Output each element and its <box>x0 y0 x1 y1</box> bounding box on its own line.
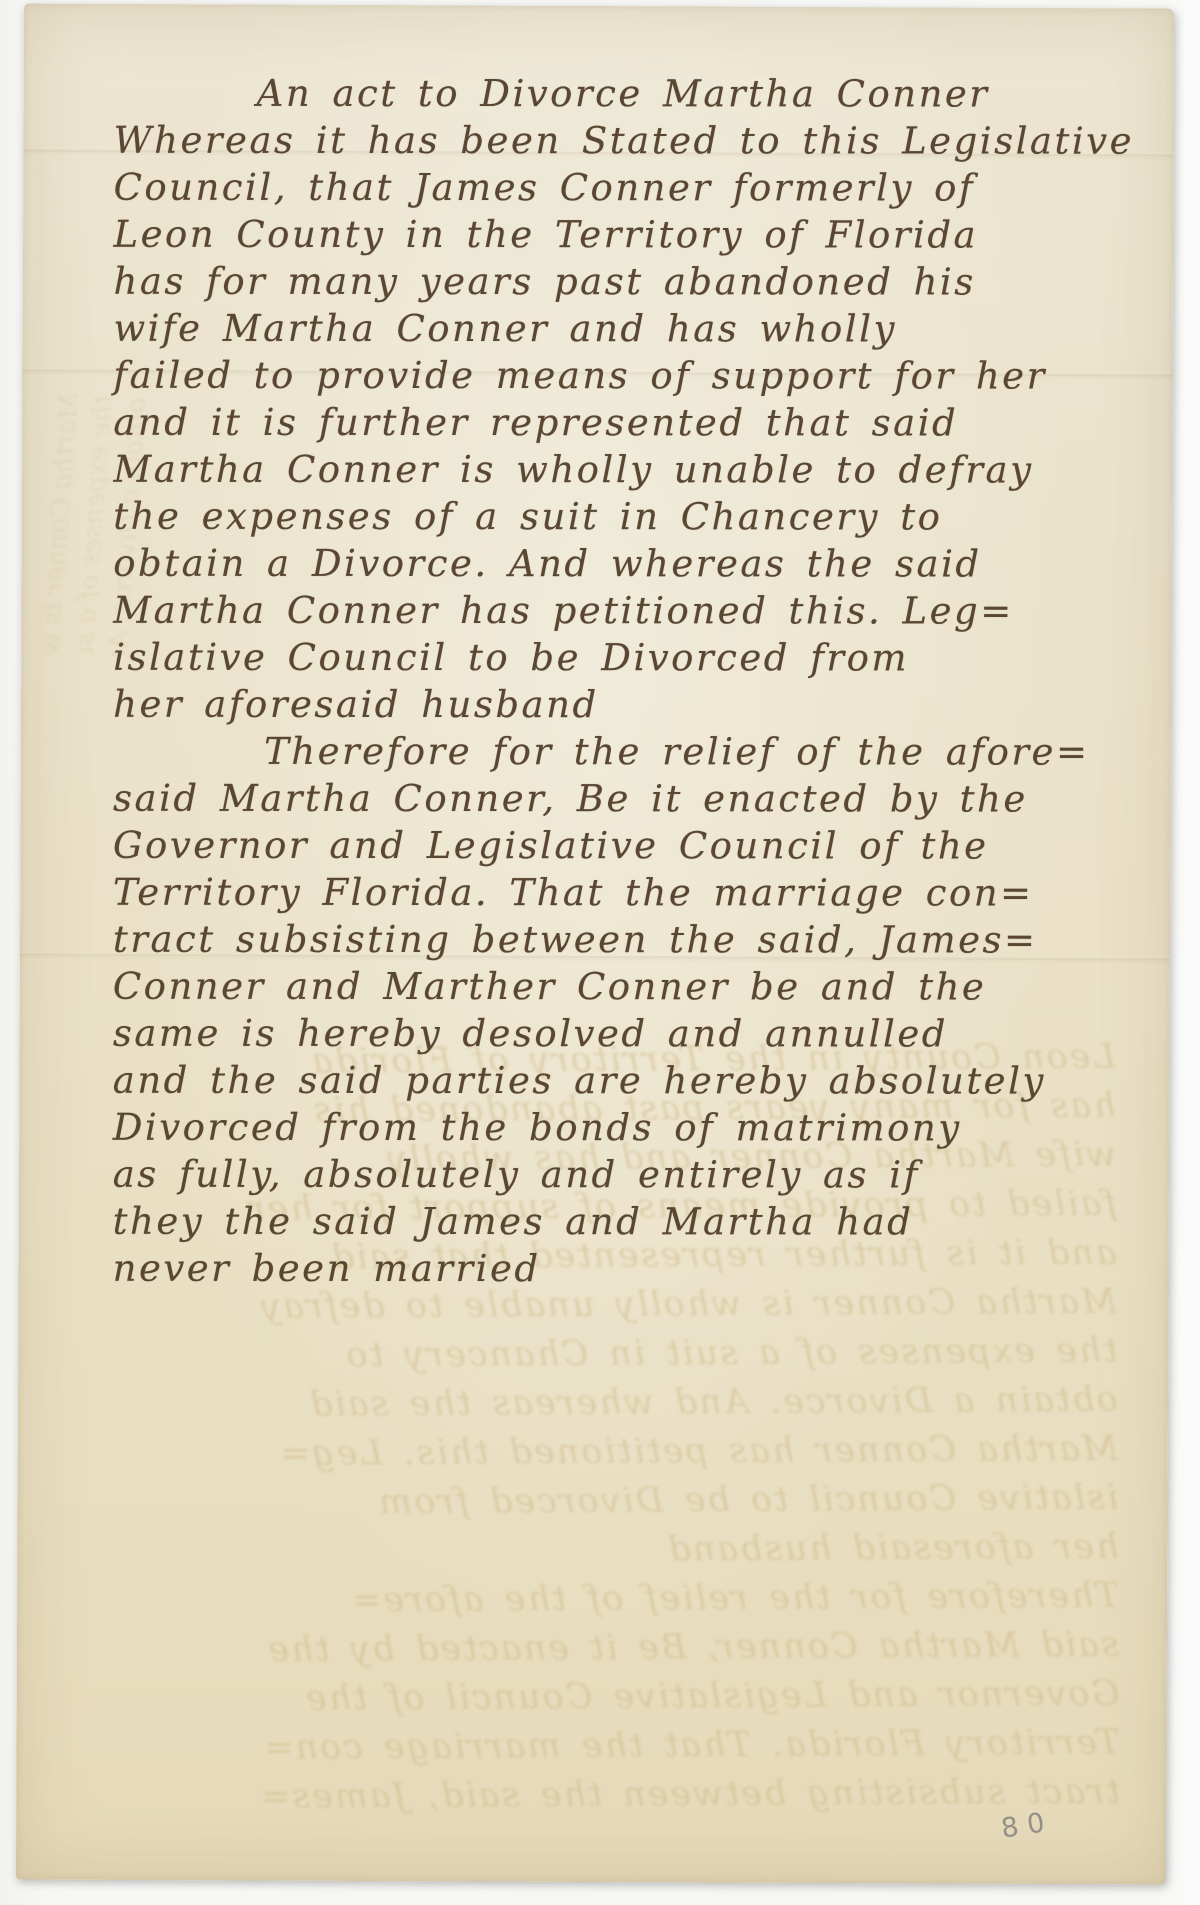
bleed-line: her aforesaid husband <box>58 1523 1118 1578</box>
bleed-line: Martha Conner has petitioned this. Leg= <box>58 1425 1118 1480</box>
document-line: they the said James and Martha had <box>113 1198 1163 1246</box>
document-line: and the said parties are hereby absolute… <box>113 1057 1163 1105</box>
document-line: islative Council to be Divorced from <box>113 634 1163 682</box>
document-line: the expenses of a suit in Chancery to <box>113 493 1163 541</box>
document-title-line: An act to Divorce Martha Conner <box>114 70 1164 118</box>
document-line: has for many years past abandoned his <box>113 258 1163 306</box>
page-number-annotation: 80 <box>999 1806 1055 1845</box>
bleed-line: Martha Conner is wholly unable to defray <box>33 391 86 653</box>
document-line: never been married <box>113 1245 1163 1293</box>
document-line: wife Martha Conner and has wholly <box>113 305 1163 353</box>
bleed-line: Territory Florida. That the marriage con… <box>60 1719 1120 1774</box>
document-line: Leon County in the Territory of Florida <box>114 211 1164 259</box>
document-line: as fully, absolutely and entirely as if <box>113 1151 1163 1199</box>
document-line: failed to provide means of support for h… <box>113 352 1163 400</box>
document-line: Whereas it has been Stated to this Legis… <box>114 117 1164 165</box>
bleed-line: tract subsisting between the said, James… <box>60 1768 1120 1823</box>
document-line: Martha Conner is wholly unable to defray <box>113 446 1163 494</box>
document-line: Council, that James Conner formerly of <box>114 164 1164 212</box>
bleed-line: said Martha Conner, Be it enacted by the <box>59 1621 1119 1676</box>
document-line: same is hereby desolved and annulled <box>113 1010 1163 1058</box>
document-line: obtain a Divorce. And whereas the said <box>113 540 1163 588</box>
bleed-line: the expenses of a suit in Chancery to <box>57 1327 1117 1382</box>
bleed-line: obtain a Divorce. And whereas the said <box>58 1376 1118 1431</box>
document-line: and it is further represented that said <box>113 399 1163 447</box>
document-line: Conner and Marther Conner be and the <box>113 963 1163 1011</box>
bleed-line: Governor and Legislative Council of the <box>59 1670 1119 1725</box>
document-text: An act to Divorce Martha Conner Whereas … <box>113 70 1164 1293</box>
document-line: Governor and Legislative Council of the <box>113 822 1163 870</box>
document-line: Divorced from the bonds of matrimony <box>113 1104 1163 1152</box>
document-line: her aforesaid husband <box>113 681 1163 729</box>
document-line: said Martha Conner, Be it enacted by the <box>113 775 1163 823</box>
bleed-line: Therefore for the relief of the afore= <box>59 1572 1119 1627</box>
document-page: Martha Conner is wholly unable to defray… <box>16 4 1174 1885</box>
document-line: Martha Conner has petitioned this. Leg= <box>113 587 1163 635</box>
bleed-line: islative Council to be Divorced from <box>58 1474 1118 1529</box>
document-line: tract subsisting between the said, James… <box>113 916 1163 964</box>
scan-background: Martha Conner is wholly unable to defray… <box>0 0 1200 1905</box>
document-line: Territory Florida. That the marriage con… <box>113 869 1163 917</box>
document-line: Therefore for the relief of the afore= <box>113 728 1163 776</box>
